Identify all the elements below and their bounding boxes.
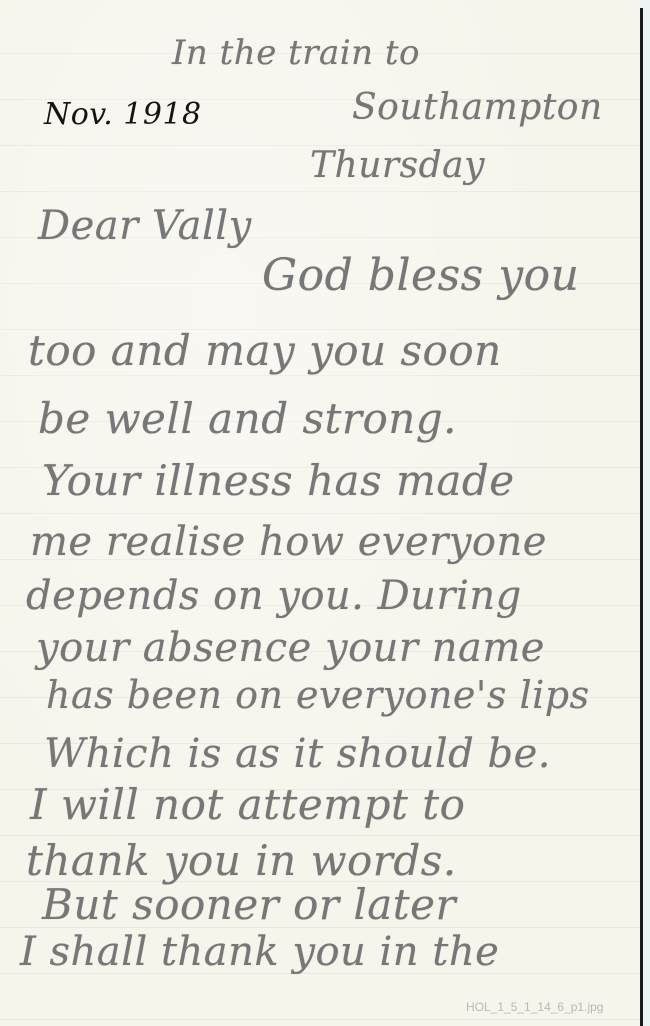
day-line: Thursday bbox=[310, 148, 485, 184]
body-line: thank you in words. bbox=[26, 840, 457, 882]
scan-background: In the train to Nov. 1918 Southampton Th… bbox=[0, 0, 650, 1026]
body-line: your absence your name bbox=[36, 628, 545, 668]
location-line-2: Southampton bbox=[352, 90, 603, 126]
body-line: I will not attempt to bbox=[30, 784, 465, 826]
body-line: But sooner or later bbox=[42, 884, 456, 926]
body-line: has been on everyone's lips bbox=[46, 676, 590, 714]
location-line-1: In the train to bbox=[172, 36, 420, 70]
paper-edge-shadow bbox=[640, 8, 643, 1026]
body-line: be well and strong. bbox=[38, 398, 457, 440]
salutation: Dear Vally bbox=[38, 206, 252, 246]
body-line: Your illness has made bbox=[42, 460, 515, 502]
body-line: Which is as it should be. bbox=[44, 734, 551, 774]
body-line: too and may you soon bbox=[28, 330, 502, 372]
body-line: depends on you. During bbox=[26, 576, 522, 616]
date-annotation: Nov. 1918 bbox=[44, 100, 202, 130]
body-line: me realise how everyone bbox=[30, 522, 547, 562]
body-line: God bless you bbox=[262, 254, 579, 298]
letter-page: In the train to Nov. 1918 Southampton Th… bbox=[0, 0, 640, 1026]
filename-label: HOL_1_5_1_14_6_p1.jpg bbox=[466, 1000, 603, 1014]
body-line: I shall thank you in the bbox=[20, 932, 499, 972]
